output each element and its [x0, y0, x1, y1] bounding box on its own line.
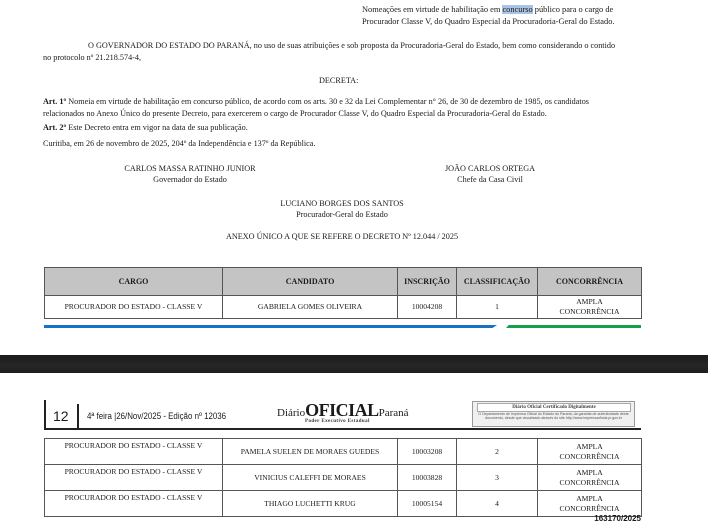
masthead-left-bar [44, 400, 46, 429]
decreta-heading: DECRETA: [319, 75, 358, 86]
table-row: PROCURADOR DO ESTADO - CLASSE V THIAGO L… [45, 491, 642, 517]
signature-role: Procurador-Geral do Estado [252, 209, 432, 220]
signature-name: LUCIANO BORGES DOS SANTOS [252, 198, 432, 209]
appointments-table: CARGO CANDIDATO INSCRIÇÃO CLASSIFICAÇÃO … [44, 267, 642, 319]
blue-rule [44, 325, 497, 328]
signature-governor: CARLOS MASSA RATINHO JUNIOR Governador d… [100, 163, 280, 185]
cell-inscricao: 10003208 [398, 439, 457, 465]
header-classificacao: CLASSIFICAÇÃO [457, 268, 538, 296]
digital-certificate-seal: Diário Oficial Certificado Digitalmente … [472, 401, 635, 427]
ementa: Nomeações em virtude de habilitação em c… [362, 4, 615, 28]
masthead: 12 4ª feira |26/Nov/2025 - Edição nº 120… [44, 400, 641, 429]
diario-oficial-logo: DiárioOFICIALParaná [277, 400, 409, 421]
cell-classificacao: 4 [457, 491, 538, 517]
header-inscricao: INSCRIÇÃO [398, 268, 457, 296]
preamble-line-2: no protocolo nº 21.218.574-4, [43, 52, 141, 63]
cell-concorrencia: AMPLACONCORRÊNCIA [538, 465, 642, 491]
ementa-line-2: Procurador Classe V, do Quadro Especial … [362, 16, 615, 28]
appointments-table-continued: PROCURADOR DO ESTADO - CLASSE V PAMELA S… [44, 438, 642, 517]
cell-cargo: PROCURADOR DO ESTADO - CLASSE V [45, 491, 223, 517]
cell-candidato: THIAGO LUCHETTI KRUG [223, 491, 398, 517]
cell-cargo: PROCURADOR DO ESTADO - CLASSE V [45, 296, 223, 319]
cell-candidato: GABRIELA GOMES OLIVEIRA [223, 296, 398, 319]
cell-inscricao: 10005154 [398, 491, 457, 517]
table-row: PROCURADOR DO ESTADO - CLASSE V VINICIUS… [45, 465, 642, 491]
edition-info: 4ª feira |26/Nov/2025 - Edição nº 12036 [87, 411, 226, 421]
cell-inscricao: 10003828 [398, 465, 457, 491]
header-concorrencia: CONCORRÊNCIA [538, 268, 642, 296]
logo-subtitle: Poder Executivo Estadual [305, 419, 370, 424]
cell-classificacao: 3 [457, 465, 538, 491]
ementa-line-1: Nomeações em virtude de habilitação em c… [362, 4, 615, 16]
article-2-label: Art. 2º [43, 123, 66, 132]
signature-role: Governador do Estado [100, 174, 280, 185]
masthead-rule [44, 428, 641, 430]
signature-attorney-general: LUCIANO BORGES DOS SANTOS Procurador-Ger… [252, 198, 432, 220]
cell-candidato: VINICIUS CALEFFI DE MORAES [223, 465, 398, 491]
cell-cargo: PROCURADOR DO ESTADO - CLASSE V [45, 439, 223, 465]
cell-candidato: PAMELA SUELEN DE MORAES GUEDES [223, 439, 398, 465]
signature-name: JOÃO CARLOS ORTEGA [420, 163, 560, 174]
cell-concorrencia: AMPLACONCORRÊNCIA [538, 491, 642, 517]
cell-cargo: PROCURADOR DO ESTADO - CLASSE V [45, 465, 223, 491]
header-candidato: CANDIDATO [223, 268, 398, 296]
masthead-separator [77, 404, 79, 428]
publication-code: 163170/2025 [594, 514, 641, 523]
green-rule [506, 325, 641, 328]
cell-concorrencia: AMPLACONCORRÊNCIA [538, 439, 642, 465]
cert-body: O Departamento de Imprensa Oficial do Es… [475, 412, 632, 421]
signature-chief-of-staff: JOÃO CARLOS ORTEGA Chefe da Casa Civil [420, 163, 560, 185]
article-1: Art. 1º Nomeia em virtude de habilitação… [43, 96, 589, 107]
annex-title: ANEXO ÚNICO A QUE SE REFERE O DECRETO Nº… [192, 231, 492, 242]
signature-role: Chefe da Casa Civil [420, 174, 560, 185]
cell-inscricao: 10004208 [398, 296, 457, 319]
cell-classificacao: 1 [457, 296, 538, 319]
search-highlight[interactable]: concurso [502, 5, 532, 14]
header-cargo: CARGO [45, 268, 223, 296]
article-1-label: Art. 1º [43, 97, 66, 106]
cell-classificacao: 2 [457, 439, 538, 465]
table-header-row: CARGO CANDIDATO INSCRIÇÃO CLASSIFICAÇÃO … [45, 268, 642, 296]
page-number: 12 [53, 408, 69, 424]
article-1-line-2: relacionados no Anexo Único do presente … [43, 108, 547, 119]
table-row: PROCURADOR DO ESTADO - CLASSE V GABRIELA… [45, 296, 642, 319]
table-row: PROCURADOR DO ESTADO - CLASSE V PAMELA S… [45, 439, 642, 465]
place-date: Curitiba, em 26 de novembro de 2025, 204… [43, 138, 315, 149]
cert-title: Diário Oficial Certificado Digitalmente [477, 403, 631, 412]
preamble-line-1: O GOVERNADOR DO ESTADO DO PARANÁ, no uso… [88, 40, 615, 51]
article-2: Art. 2º Este Decreto entra em vigor na d… [43, 122, 248, 133]
page-separator [0, 355, 708, 373]
signature-name: CARLOS MASSA RATINHO JUNIOR [100, 163, 280, 174]
cell-concorrencia: AMPLACONCORRÊNCIA [538, 296, 642, 319]
